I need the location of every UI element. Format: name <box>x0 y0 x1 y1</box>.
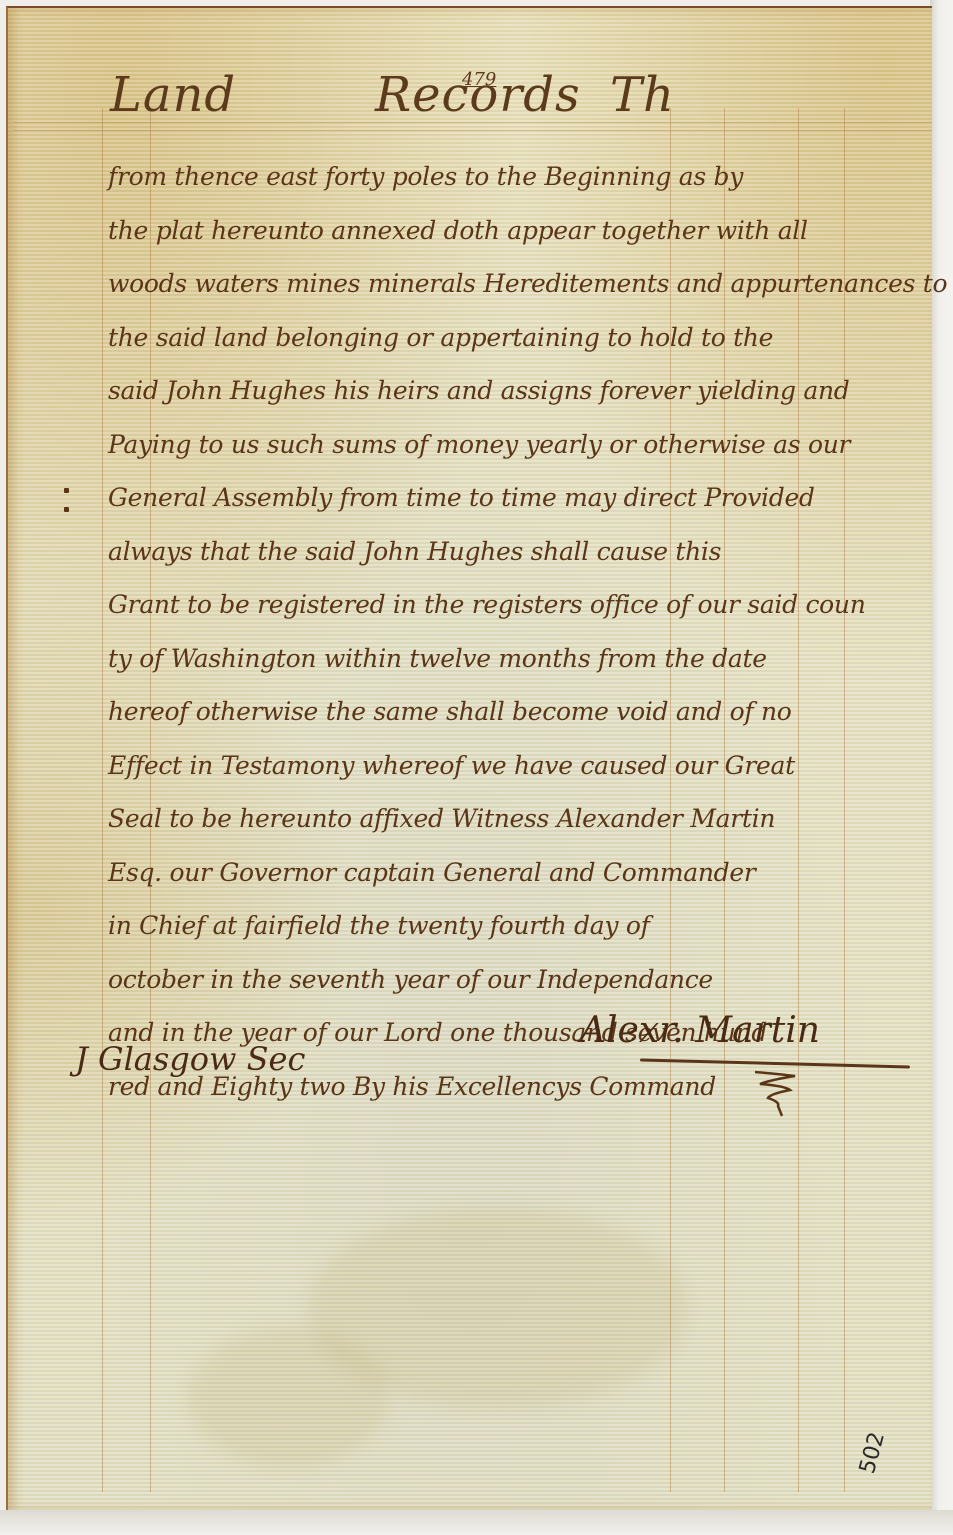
text-line: Seal to be hereunto affixed Witness Alex… <box>108 792 928 846</box>
text-line: Esq. our Governor captain General and Co… <box>108 846 928 900</box>
header-rule-line <box>14 130 932 131</box>
text-line: the plat hereunto annexed doth appear to… <box>108 204 928 258</box>
text-line: said John Hughes his heirs and assigns f… <box>108 364 928 418</box>
text-line: always that the said John Hughes shall c… <box>108 525 928 579</box>
margin-rule-line <box>102 108 103 1492</box>
text-line: in Chief at fairfield the twenty fourth … <box>108 899 928 953</box>
secretary-signature: J Glasgow Sec <box>75 1040 305 1078</box>
text-line: General Assembly from time to time may d… <box>108 471 928 525</box>
text-line: Grant to be registered in the registers … <box>108 578 928 632</box>
signature-flourish-icon <box>750 1068 800 1118</box>
header-word-th: Th <box>610 67 675 123</box>
text-line: the said land belonging or appertaining … <box>108 311 928 365</box>
text-line: from thence east forty poles to the Begi… <box>108 150 928 204</box>
text-line: Effect in Testamony whereof we have caus… <box>108 739 928 793</box>
text-line: october in the seventh year of our Indep… <box>108 953 928 1007</box>
margin-ink-marks <box>64 488 70 518</box>
page-header: Land 479 Records Th <box>110 55 830 125</box>
text-line: Paying to us such sums of money yearly o… <box>108 418 928 472</box>
header-word-records: Records <box>375 67 581 123</box>
page-edge-right <box>930 0 953 1535</box>
grant-text: from thence east forty poles to the Begi… <box>108 150 928 1113</box>
header-word-land: Land <box>110 67 236 123</box>
text-line: woods waters mines minerals Hereditement… <box>108 257 928 311</box>
text-line: hereof otherwise the same shall become v… <box>108 685 928 739</box>
page-edge-bottom <box>0 1510 953 1535</box>
water-stain <box>188 1328 388 1468</box>
text-line: ty of Washington within twelve months fr… <box>108 632 928 686</box>
governor-signature: Alexr. Martin <box>580 1010 820 1051</box>
